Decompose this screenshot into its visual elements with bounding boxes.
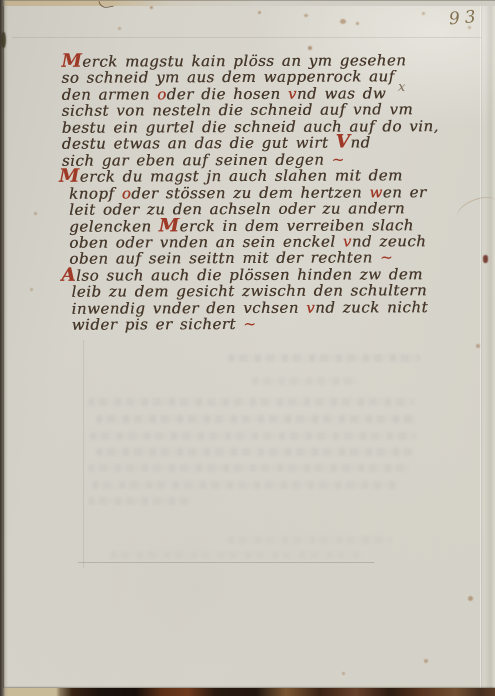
foxing-spot (118, 27, 121, 30)
photo-frame: 93 x Merck magstu kain plöss an ym geseh… (0, 0, 495, 696)
ruling-line-bottom (78, 562, 374, 563)
bleed-through-text (92, 481, 400, 489)
ink-text: nd zeuch (352, 232, 427, 250)
bleed-through-text (88, 464, 410, 472)
foxing-spot (468, 26, 471, 29)
rubric-text: ~ (380, 249, 393, 267)
bleed-through-text (96, 415, 416, 423)
page-fore-edge (485, 4, 495, 690)
foxing-spot (422, 12, 425, 15)
bleed-through-text (228, 354, 420, 362)
foxing-spot (356, 22, 359, 25)
text-block: Merck magstu kain plöss an ym gesehenso … (61, 52, 408, 333)
text-line: wider pis er sichert ~ (72, 315, 409, 333)
page-edge-top (0, 0, 495, 6)
bleed-through-text (90, 432, 416, 440)
bleed-through-text (88, 398, 414, 406)
ink-text: en er (383, 183, 427, 201)
ruling-line-vertical (83, 340, 84, 568)
rubric-text: w (369, 183, 382, 201)
foxing-spot (342, 672, 345, 675)
gutter-shadow (0, 0, 8, 696)
rubric-text: o (122, 184, 132, 202)
page-crease (480, 4, 481, 690)
rubric-text: o (157, 85, 167, 103)
bleed-through-text (228, 536, 392, 544)
foxing-spot (150, 6, 153, 9)
foxing-spot (30, 288, 33, 291)
rubric-text: v (306, 298, 315, 316)
bleed-through-text (252, 377, 358, 385)
book-edge-bottom (0, 688, 495, 696)
foxing-spot (258, 11, 261, 14)
rubric-text: ~ (243, 315, 256, 333)
folio-number: 93 (449, 7, 482, 30)
foxing-spot (424, 659, 428, 663)
foxing-spot (340, 19, 346, 24)
foxing-spot (34, 212, 37, 215)
manuscript-page: 93 x Merck magstu kain plöss an ym geseh… (4, 4, 495, 690)
bleed-through-text (88, 497, 192, 505)
ink-text: nd zuck nicht (315, 298, 428, 316)
foxing-spot (468, 596, 473, 601)
ink-blot (483, 255, 488, 263)
gutter-mark (1, 32, 6, 48)
ink-text: wider pis er sichert (72, 315, 244, 334)
manuscript-photo: { "page": { "folio_number": "93", "margi… (0, 0, 495, 696)
foxing-spot (476, 344, 480, 348)
rubric-text: v (343, 232, 352, 250)
ruling-line-top (12, 37, 482, 38)
ink-text: nd (350, 134, 370, 152)
foxing-spot (304, 14, 308, 17)
bleed-through-text (96, 448, 412, 456)
rubric-text: v (288, 85, 297, 103)
bleed-through-text (110, 551, 362, 559)
foxing-spot (308, 46, 312, 50)
